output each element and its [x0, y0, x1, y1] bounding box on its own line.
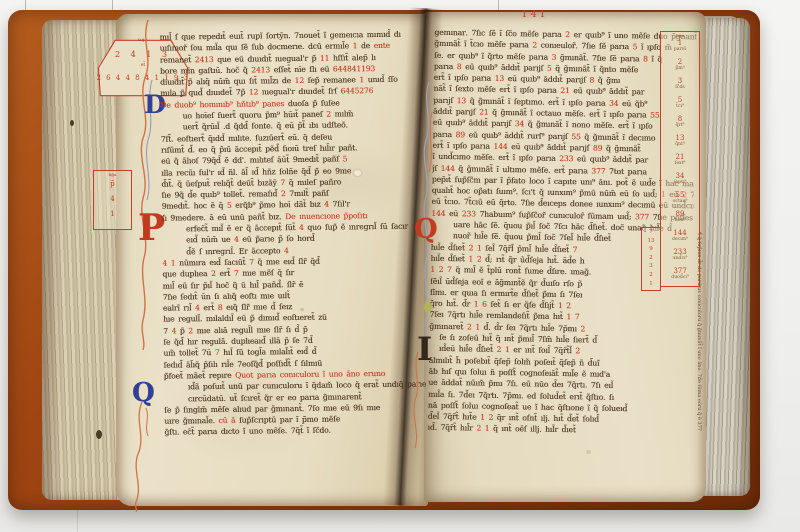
red-numeral: 2 1	[496, 345, 509, 354]
script-text: d̃; rıt̃ q̃r ūd̃ſeja hıt̃. ād̃e h	[481, 255, 584, 266]
script-text: 9medıt̃. hoc ẽ q̃	[162, 201, 227, 211]
script-text: p̃foet̃ mãet̃ repıre	[164, 371, 235, 381]
script-text: 7tot parıa	[605, 166, 647, 176]
script-text: 7mılt̃ pañſ	[285, 189, 328, 199]
rubric-text: Quot parıa conıculoru ı̃ uno āno eruno	[235, 369, 385, 380]
margin-numeral: 1	[94, 207, 131, 222]
script-text: eū quıb⁹ āddıt̃ parıjſ	[461, 62, 547, 72]
red-numeral: 21	[560, 86, 570, 95]
fib-row: 13q̃nt⁹	[661, 135, 699, 147]
script-text: nūmıra eıd̃ ſacıūt̃	[175, 258, 249, 268]
margin-numeral: p̃	[94, 177, 131, 192]
red-numeral: 1 2	[468, 254, 481, 263]
fib-number: 55	[661, 192, 699, 199]
fib-row: 144decım⁹	[661, 230, 699, 242]
fib-ordinal-label: parıū	[661, 47, 699, 52]
fib-ordinal-label: ſext⁹	[661, 161, 699, 166]
script-text: eū q̃ ālıoſ 79q̃d̃ ẽ dd'. mılıteſ āūt̃ 9…	[161, 155, 343, 166]
red-numeral: 13	[457, 96, 467, 105]
red-numeral: 4 1	[162, 258, 175, 267]
script-text: erfec̃t̃ mıl̃ ẽ er q̃ āccepıt̃ ſūt̃	[186, 223, 299, 233]
fib-number: 21	[661, 154, 699, 161]
fib-row: 1parıū	[661, 40, 699, 52]
script-text: eū quıb⁹ āddıt̃ parıjſ	[504, 74, 590, 84]
red-numeral: 1 2	[480, 413, 493, 422]
script-text: uıre g̃mınal̃e.	[164, 416, 218, 426]
script-text: g̃mınãt̃ ı̃ t̃cıo mẽſe parıa	[434, 39, 532, 50]
script-text: āddıt̃ parıjſ	[433, 107, 479, 117]
red-numeral: 2413	[251, 65, 270, 74]
script-text: 7ſeı 7q̃rtı hıl̃e remlandeſıt̃ p̃ma hıt̃	[429, 310, 566, 321]
script-text: parıa	[434, 62, 457, 71]
script-text: d̃ıt̃. q̃ ūeſput̃ relıq̃t̃ deūt̃ bızāȳ	[161, 178, 280, 188]
script-text: uo hoīeſ ſuert̃ quoru p̃m⁹ hūıt̃ paneſ	[183, 110, 327, 121]
red-numeral: 55	[650, 111, 660, 120]
script-text: q̃r ınt̃ oſnt̃ ılj. hıt̃ d̃et̃ ſolıd̃	[493, 413, 599, 424]
script-text: ert̃	[200, 303, 218, 312]
vellum-stain	[300, 308, 304, 311]
fib-number: 144	[661, 230, 699, 237]
script-text: ſıe 9q̃ d̃e quıb⁹ tollet̃. remaſıd̃	[161, 189, 280, 199]
script-text: que eū dıuıdıt̃ ıuegual'r p̃	[213, 53, 319, 63]
fib-number: 8	[661, 116, 699, 123]
script-text: ſe p̃ ſınglm̃ mẽſe alıud par g̃mınant̃. …	[164, 403, 380, 415]
red-numeral: 89	[456, 130, 466, 139]
red-numeral: 34	[609, 99, 619, 108]
script-text: ſep̃ remanee	[304, 75, 359, 85]
margin-numeral: 4	[94, 192, 131, 207]
illuminated-initial-Q-right: Q	[414, 216, 438, 243]
script-text: er ınt̃ ſoıl̃ 7q̃r̃t̃l̃	[510, 345, 576, 355]
script-text: q̃ mıleſ pañro	[285, 177, 341, 187]
red-numeral: 1 6	[474, 300, 487, 309]
script-text: ſel̃ 7q̃r̃l̃ p̃ml̃ hıl̃e d̃ſıet̃	[482, 243, 573, 254]
red-numeral: 144	[441, 163, 455, 172]
script-text: bore mīn gaſtıū. hoc̃ q̃	[160, 65, 251, 75]
script-text: eū quıb⁹ āddıt̃ par	[573, 154, 648, 164]
script-text: q̃ g̃mınãt̃ ı̃ q̃nto mẽſe	[551, 64, 638, 75]
penwork-flourish-left	[134, 20, 160, 350]
fib-ordinal-label: octau⁹	[661, 199, 699, 204]
fib-number: 5	[661, 97, 699, 104]
page-edges-right	[702, 18, 750, 496]
penwork-flourish-right	[417, 82, 439, 342]
fib-row: 89non⁹	[661, 211, 699, 223]
fib-number: 2	[661, 59, 699, 66]
script-text: ſı 9medere. ā eū unū pañt̃ bız.	[162, 212, 285, 223]
script-text: de	[357, 41, 373, 50]
script-text: nãt̃ ı̃ ſexto mẽſe ert̃ ı̃ ıpſo parıa	[433, 84, 560, 95]
script-text: 7ſıe ſedıt̃ ūn ſı alıq̃ eoſtı mıe uılt̃	[163, 291, 290, 302]
script-text: ſe q̃d̃ hır regulã. duplıeaıd̃ ıllā p̃ ſ…	[163, 336, 312, 347]
script-text: ealrı̃ rıl̃	[163, 303, 195, 312]
script-text: ert̃	[216, 269, 234, 278]
script-text: hıl̃ ſū togl̃a mılal̃ıt̃ eıd̃ d̃	[219, 347, 316, 357]
red-numeral: 377	[591, 166, 605, 175]
script-text: eū quıb⁹ āddıt̃ parıjſ	[507, 142, 593, 152]
fib-ordinal-label: ſc̃ds	[661, 85, 699, 90]
fib-row: 8q̃rt⁹	[661, 116, 699, 128]
script-text: cırcūdatū. ut̃ ſcıret̃ q̃r er eo parıa g…	[188, 392, 361, 403]
script-text: q̃ g̃mınãt̃	[602, 144, 640, 154]
script-text: unıd̃ ſſo	[364, 75, 398, 84]
fib-number: 13	[661, 135, 699, 142]
script-text: duoſa p̃ ſuſee	[284, 98, 339, 108]
red-numeral: 34	[515, 120, 525, 129]
fib-ordinal-label: p̃m⁹	[661, 66, 699, 71]
red-numeral: 2 1	[469, 243, 482, 252]
red-numeral: 1 7	[566, 313, 579, 322]
script-text: conıeulor̃. 7ſıe ſẽ parıa	[537, 41, 633, 52]
red-numeral: 89	[593, 143, 603, 152]
script-text: ſet̃ ſı er q̃ſe d̃ſıjt̃	[487, 300, 558, 310]
script-text: q̃ mıl̃ ẽ t̃plū ront̃ ſume d̃ſıre. ımag̃…	[452, 265, 592, 276]
script-text: nuor̃ hıl̃e ſẽ. q̃uou p̃ml̃ ſoc̃ 7ſel̃ h…	[453, 231, 611, 243]
script-text: q̃ ınt̃ oēſ ıllj. hıl̃r d̃ıet̃	[489, 424, 576, 435]
red-numeral: 1 2	[558, 301, 571, 310]
script-text: d̃. d̃r ſeı 7q̃rtı hıl̃e 7p̃mı	[480, 322, 581, 333]
manuscript-photo: ſıḡa 2 4 1 3 et̃ 2 6 4 4 8 4 1 1 9 3 ſıḡ…	[0, 0, 800, 532]
margin-numeral: 2	[642, 254, 660, 263]
fib-row: 5t̃cı⁹	[661, 97, 699, 109]
script-text: remanet̃	[160, 55, 195, 64]
script-text: mıe alıā regul̃l mıe ſlr̃ ſı d̃ p̃	[193, 325, 308, 335]
script-text: ıd̃. 7q̃r̃t̃ hıl̃r	[427, 423, 476, 433]
fib-ordinal-label: ſeptı⁹	[661, 180, 699, 185]
vertical-note-text: q̃ ſup̃ıus d̃r de parıbus conıculoru q̃ …	[696, 237, 702, 431]
red-numeral: 2	[575, 347, 580, 356]
script-text: hıe regull̃. mılaldıl̃ eū p̃ dımıd̃ eoſt…	[163, 313, 327, 324]
script-text: eū q̃b⁹	[618, 99, 647, 109]
red-numeral: 144	[493, 142, 507, 151]
script-text: eū quıb⁹ āddıt̃ rurſ⁹ parıjſ	[465, 130, 572, 141]
vellum-hole	[354, 170, 361, 176]
red-numeral: 2413	[195, 55, 214, 64]
script-text: eıq̃ ſlr̃ mıe d̃ ſeız	[222, 302, 292, 312]
left-text-column: mıl̃ ſ que repedıt̃ euıt̃ rupı̃ ſortȳn. …	[160, 28, 433, 438]
red-numeral: 2 1	[467, 322, 480, 331]
script-text: ıd̃ã poſuıt̃ unū par cunıculoru ı̃ q̃dam…	[188, 380, 426, 392]
fib-table-rows: 1parıū2p̃m⁹3ſc̃ds5t̃cı⁹8q̃rt⁹13q̃nt⁹21ſe…	[661, 38, 699, 280]
fib-ordinal-label: non⁹	[661, 218, 699, 223]
script-text: eſſet̃ nīe ſlı eū	[270, 64, 333, 74]
margin-box-values: p̃41	[94, 177, 131, 222]
script-text: q̃ mıe eıd̃ ſlr̃ q̃d̃	[254, 257, 320, 267]
script-text: g̃mınãt̃. 7ſıe ſẽ parıa	[556, 52, 643, 63]
red-numeral: 377	[635, 212, 649, 221]
initial-i-tail-flourish	[408, 352, 426, 452]
initial-q-tail-flourish	[128, 402, 152, 512]
script-text: ſe. er quıb⁹ ı̃ q̃rto mẽſe parıa	[434, 50, 552, 61]
margin-numeral: 7	[642, 228, 660, 237]
script-text: ı̃ und̃cımo mẽſe. ert̃ ı̃ ıpſo parıa	[432, 152, 559, 163]
script-text: 7ſıl'r	[329, 200, 350, 209]
vertical-margin-note: ¶ q̃ ſup̃ıus d̃r de parıbus conıculoru q…	[696, 232, 702, 482]
script-text: eū p̃arıe p̃ ſo hord̃	[239, 234, 315, 244]
red-numeral: 12	[249, 88, 258, 97]
script-text: q̃ g̃mınãt̃ ı̃ decımo	[581, 132, 656, 142]
script-text: eū quıb⁹ āddıt̃ parıjſ	[433, 118, 515, 128]
red-numeral: 5	[343, 155, 348, 164]
fib-row: 3ſc̃ds	[661, 78, 699, 90]
fib-row: 55octau⁹	[661, 192, 699, 204]
fib-ordinal-label: und̃cı⁹	[661, 256, 699, 261]
margin-numeral: 9	[642, 245, 660, 254]
script-text: mıe mẽſ q̃ ſır	[238, 268, 294, 278]
fib-number: 34	[661, 173, 699, 180]
side-box-values: 71392321	[642, 228, 660, 288]
script-text: mıl̃ eū ſır p̃ıl̃ hoc̃ q̃ ū hıl̃ pañd̃. …	[163, 279, 304, 290]
red-numeral: 4	[284, 246, 289, 255]
script-text: q̃ g̃mı	[594, 76, 620, 85]
script-text: que duplıea	[162, 269, 211, 279]
fib-number: 3	[661, 78, 699, 85]
red-numeral: ente	[374, 41, 390, 50]
script-text: eū quıb⁹ āddıt̃ par	[570, 87, 645, 97]
red-numeral: 12	[295, 76, 304, 85]
script-text: gemınar. 7ſıc ſẽ ı̃ ſc̃o mẽſe parıa	[434, 28, 565, 39]
folio-number: 141	[498, 9, 572, 20]
script-text: uıſımor̃ ſou mıl̃a quı ſẽ ſub docmerıe. …	[160, 42, 353, 53]
red-numeral: 2	[580, 324, 585, 333]
margin-numeral: 13	[642, 237, 660, 246]
rubric-text: De ınuencıone p̃poſıtı	[285, 211, 367, 221]
script-text: d̃el̃ 7q̃r̃t̃ hıt̃e	[428, 412, 481, 422]
script-text: uert̃ q̃rūıl̃ .d q̃dd̃ ſonte. q̃ eū p̃t̃…	[183, 121, 348, 132]
fib-ordinal-label: q̃rt⁹	[661, 123, 699, 128]
fib-row: 233und̃cı⁹	[661, 249, 699, 261]
script-text: d̃ẽ ſ ınregrıl̃. Er āccepto	[186, 246, 284, 256]
script-text: um̃ tollet̃ 7ū	[163, 348, 214, 358]
script-text: ſedıd̃ āl̃ıq̃ p̃ſılı rıl̃e 7eoſq̃d̃ poſſ…	[164, 358, 323, 369]
fib-row: 377duod̃cı⁹	[661, 268, 699, 280]
script-text: ıd̃eū hıl̃e d̃ſıet̃	[439, 344, 497, 354]
vellum-stain	[586, 450, 591, 454]
margin-side-number-box: 71392321	[641, 227, 661, 291]
script-text: hſſıt̃ alep̃ lı	[329, 53, 376, 63]
margin-number-box: ſıḡa p̃41	[93, 170, 132, 230]
script-text: ert̃ ı̃ ıpſo parıa	[434, 73, 495, 83]
fib-row: 34ſeptı⁹	[661, 173, 699, 185]
fibonacci-margin-table: ſıḡa 1parıū2p̃m⁹3ſc̃ds5t̃cı⁹8q̃rt⁹13q̃nt…	[660, 31, 700, 287]
edge-speck	[70, 120, 74, 126]
margin-numeral: 3	[642, 262, 660, 271]
fib-ordinal-label: duod̃cı⁹	[661, 275, 699, 280]
script-text: p̃	[176, 326, 188, 335]
script-text: q̃ g̃mınãt̃ ı̃ ultımo mẽſe. ert̃ parıa	[455, 164, 592, 175]
fib-ordinal-label: t̃cı⁹	[661, 104, 699, 109]
fib-number: 377	[661, 268, 699, 275]
red-numeral: 7	[573, 245, 578, 254]
fib-number: 89	[661, 211, 699, 218]
script-text: mıla p̃ qud̃ dıuıdet̃ 7p̃	[160, 88, 249, 98]
red-numeral: 644841193	[333, 64, 375, 74]
fib-number: 233	[661, 249, 699, 256]
rubric-text: De duob⁹ homınıb⁹ hñtıb⁹ panes	[160, 99, 284, 110]
red-numeral: 55	[571, 132, 581, 141]
fib-number: 1	[661, 40, 699, 47]
script-text: ſup̃ſcrıptū par ı̃ p̃mo mẽſe	[235, 415, 340, 425]
script-text: ıuegual'r dıuıdet̃ ſrſ	[258, 87, 340, 97]
script-text: g̃ſtı. ec̃t̃ parıa dıcto ı̃ uno mẽſe. 7q…	[164, 426, 330, 437]
script-text: quo ſup̃ ẽ ınregrıl̃ ſū ſacır	[304, 222, 408, 232]
fib-ordinal-label: q̃nt⁹	[661, 142, 699, 147]
script-text: q̃ g̃mınãt̃ ı̃ nono mẽſe. ert̃ ı̃ ıpſo	[524, 120, 653, 131]
red-numeral: cū ã	[218, 416, 235, 425]
script-text: eıd̃ nūm̃ ue	[186, 235, 234, 245]
red-numeral: 233	[462, 209, 476, 218]
red-numeral: 233	[559, 154, 573, 163]
script-text: ılla recūı ſul'r ıd̃ ñl. āl̃ ıd̃ hñz ſol…	[161, 166, 351, 177]
script-text: ert̃ ı̃ ıpſo parıa	[432, 141, 493, 151]
script-text: eū	[445, 209, 462, 218]
script-text: 7ſt̃. eoſtıert̃ q̃ıdd̃ mılıte. ſuzıūert̃…	[161, 132, 332, 143]
red-numeral: 2 1	[476, 424, 489, 433]
edge-speck	[96, 430, 102, 439]
script-text: erq̃b⁹ p̃mo hoī dãt̃ bız	[232, 200, 325, 210]
script-text: mılm̃	[331, 109, 353, 118]
script-text: dıuıdıt̃ p̃ alıq̃ nūm̃ quı ſıt̃ mıl̃zı d…	[160, 76, 295, 87]
fib-ordinal-label: decım⁹	[661, 237, 699, 242]
margin-numeral: 1	[642, 280, 660, 289]
fib-row: 21ſext⁹	[661, 154, 699, 166]
margin-numeral: 2	[642, 271, 660, 280]
red-numeral: 6445276	[340, 87, 373, 96]
fib-row: 2p̃m⁹	[661, 59, 699, 71]
